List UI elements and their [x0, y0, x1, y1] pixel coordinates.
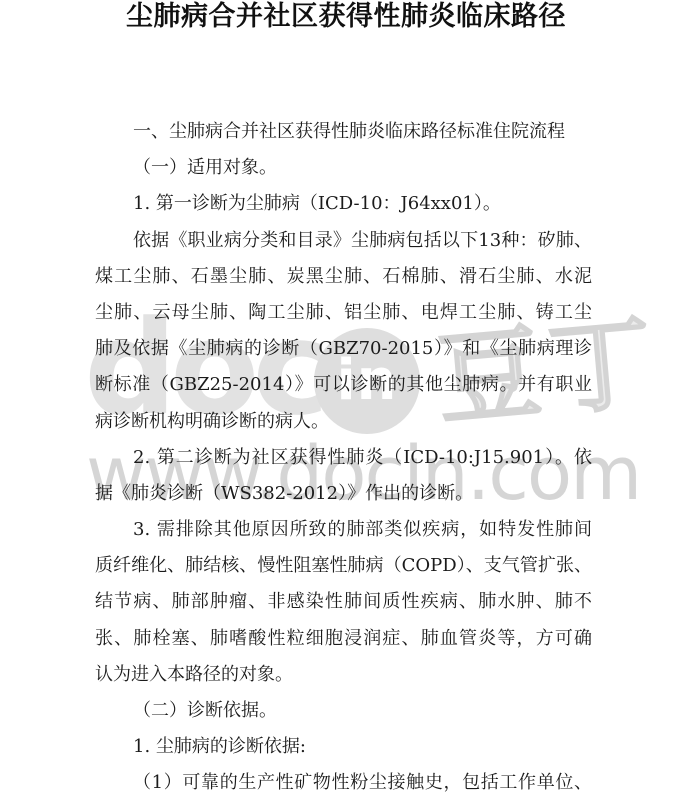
text-line: 据《肺炎诊断（WS382-2012）》作出的诊断。 — [95, 476, 592, 512]
text-line: 1. 第一诊断为尘肺病（ICD-10：J64xx01）。 — [95, 186, 592, 222]
document-page: doc in 豆丁 www.docin.com 尘肺病合并社区获得性肺炎临床路径… — [0, 0, 692, 810]
text-line: 煤工尘肺、石墨尘肺、炭黑尘肺、石棉肺、滑石尘肺、水泥 — [95, 259, 592, 295]
text-line: 认为进入本路径的对象。 — [95, 657, 592, 693]
text-line: 2. 第二诊断为社区获得性肺炎（ICD-10:J15.901）。依 — [95, 440, 592, 476]
page-title: 尘肺病合并社区获得性肺炎临床路径 — [0, 0, 692, 34]
text-line: 一、尘肺病合并社区获得性肺炎临床路径标准住院流程 — [95, 114, 592, 150]
text-line: 依据《职业病分类和目录》尘肺病包括以下13种：矽肺、 — [95, 223, 592, 259]
text-line: 结节病、肺部肿瘤、非感染性肺间质性疾病、肺水肿、肺不 — [95, 584, 592, 620]
text-line: （1）可靠的生产性矿物性粉尘接触史，包括工作单位、 — [95, 765, 592, 801]
document-body: 一、尘肺病合并社区获得性肺炎临床路径标准住院流程（一）适用对象。1. 第一诊断为… — [95, 114, 592, 802]
text-line: 病诊断机构明确诊断的病人。 — [95, 404, 592, 440]
text-line: 断标准（GBZ25-2014）》可以诊断的其他尘肺病。并有职业 — [95, 367, 592, 403]
text-line: （二）诊断依据。 — [95, 693, 592, 729]
text-line: （一）适用对象。 — [95, 150, 592, 186]
text-line: 张、肺栓塞、肺嗜酸性粒细胞浸润症、肺血管炎等，方可确 — [95, 621, 592, 657]
text-line: 3. 需排除其他原因所致的肺部类似疾病，如特发性肺间 — [95, 512, 592, 548]
text-line: 质纤维化、肺结核、慢性阻塞性肺病（COPD）、支气管扩张、 — [95, 548, 592, 584]
text-line: 1. 尘肺病的诊断依据: — [95, 729, 592, 765]
document-text-layer: 尘肺病合并社区获得性肺炎临床路径 一、尘肺病合并社区获得性肺炎临床路径标准住院流… — [0, 0, 692, 810]
text-line: 肺及依据《尘肺病的诊断（GBZ70-2015）》和《尘肺病理诊 — [95, 331, 592, 367]
text-line: 尘肺、云母尘肺、陶工尘肺、铝尘肺、电焊工尘肺、铸工尘 — [95, 295, 592, 331]
